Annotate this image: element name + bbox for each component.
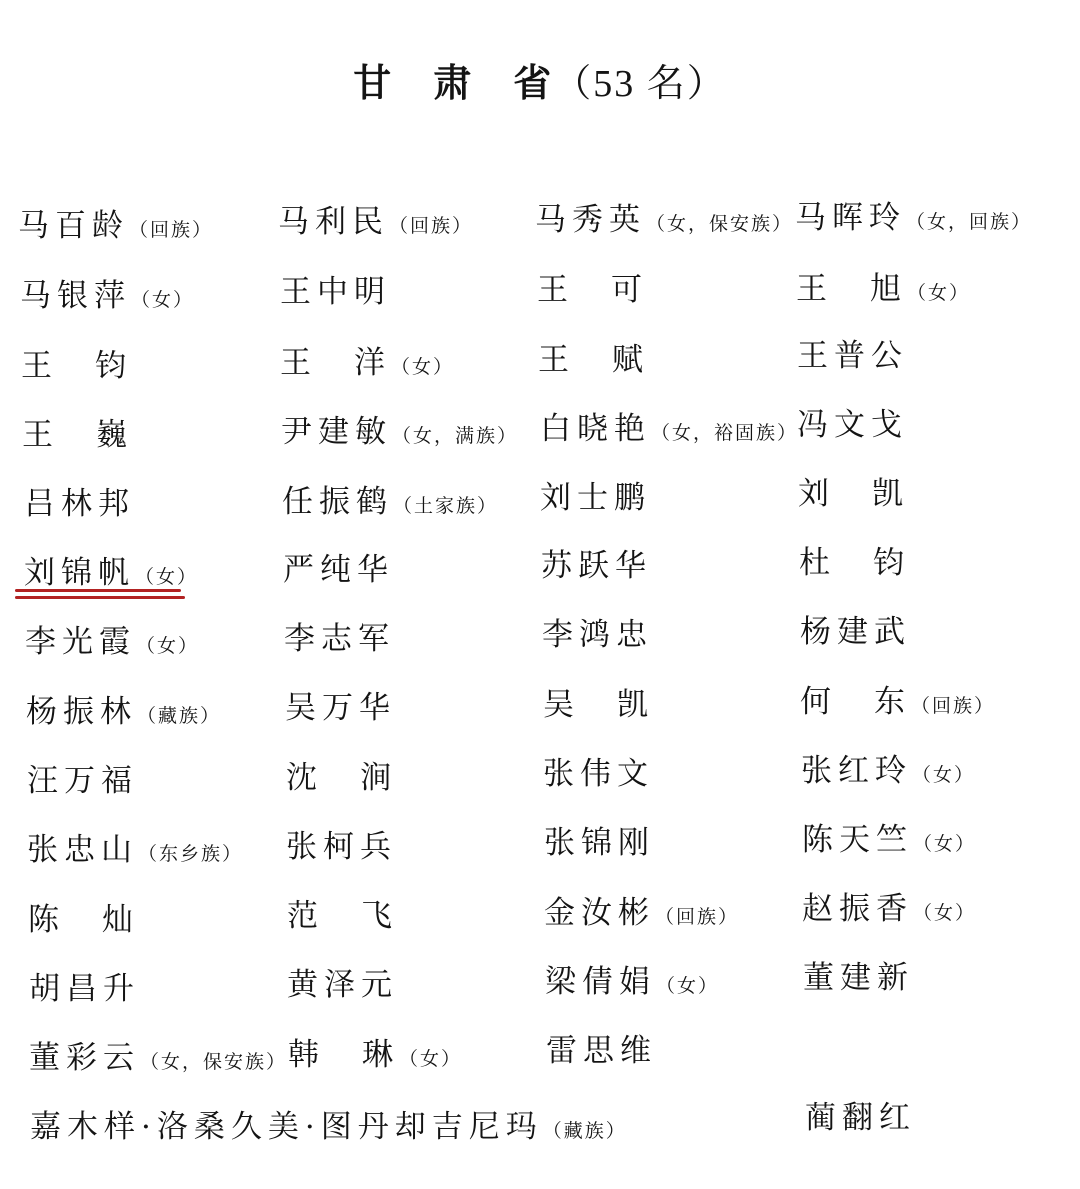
list-item: 马秀英（女，保安族） <box>535 200 793 244</box>
list-item: 王普公 <box>797 336 908 380</box>
list-item: 马利民（回族） <box>278 202 473 246</box>
person-note: （女） <box>135 566 198 588</box>
person-name: 陈天竺 <box>802 822 913 858</box>
person-name: 梁倩娟 <box>545 964 656 1000</box>
person-name: 张伟文 <box>543 756 654 792</box>
list-item: 马银萍（女） <box>20 276 194 320</box>
person-name: 杨建武 <box>800 614 911 650</box>
person-name: 吴 凯 <box>543 687 654 723</box>
list-item: 赵振香（女） <box>802 889 976 933</box>
list-item: 胡昌升 <box>29 969 140 1013</box>
person-name: 沈 涧 <box>286 760 397 796</box>
person-name: 何 东 <box>800 684 911 720</box>
person-name: 张忠山 <box>27 832 138 868</box>
person-note: （回族） <box>389 215 473 237</box>
person-name: 马银萍 <box>20 278 131 314</box>
list-item: 刘士鹏 <box>540 478 651 522</box>
person-name: 王 可 <box>537 272 648 308</box>
person-name: 吕林邦 <box>24 486 135 522</box>
person-name: 王 洋 <box>280 345 391 381</box>
page-title: 甘 肃 省（53 名） <box>0 52 1080 107</box>
list-item: 王 可 <box>537 270 648 314</box>
person-name: 陈 灿 <box>28 902 139 938</box>
red-double-underline <box>15 589 185 601</box>
person-name: 雷思维 <box>546 1033 657 1069</box>
person-name: 王中明 <box>280 274 391 310</box>
person-name: 冯文戈 <box>797 407 908 443</box>
person-name: 王 巍 <box>22 417 133 453</box>
person-name: 马秀英 <box>535 202 646 238</box>
title-count: （53 名） <box>553 63 727 105</box>
list-item: 张柯兵 <box>286 827 397 871</box>
list-item: 梁倩娟（女） <box>545 962 719 1006</box>
list-item: 杨振林（藏族） <box>26 692 221 736</box>
person-name: 王 旭 <box>796 271 907 307</box>
list-item: 雷思维 <box>546 1031 657 1075</box>
person-note: （女，回族） <box>906 211 1032 233</box>
list-item: 王 洋（女） <box>280 343 454 387</box>
list-item: 陈 灿 <box>28 900 139 944</box>
person-note: （女） <box>913 902 976 924</box>
list-item: 韩 琳（女） <box>288 1035 462 1079</box>
list-item: 范 飞 <box>287 896 398 940</box>
list-item: 冯文戈 <box>797 405 908 449</box>
person-note: （女） <box>391 356 454 378</box>
list-item: 李志军 <box>284 619 395 663</box>
person-name: 严纯华 <box>283 552 394 588</box>
person-name: 白晓艳 <box>540 411 651 447</box>
person-note: （女，保安族） <box>646 213 793 235</box>
list-item: 马百龄（回族） <box>18 206 213 250</box>
person-name: 苏跃华 <box>541 548 652 584</box>
person-name: 黄泽元 <box>287 967 398 1003</box>
person-note: （土家族） <box>393 495 498 517</box>
list-item: 王中明 <box>280 272 391 316</box>
list-item: 董建新 <box>803 958 914 1002</box>
person-note: （女） <box>912 764 975 786</box>
person-name: 范 飞 <box>287 898 398 934</box>
person-name: 刘士鹏 <box>540 480 651 516</box>
person-name: 尹建敏 <box>281 414 392 450</box>
person-note: （藏族） <box>543 1120 627 1142</box>
person-name: 任振鹤 <box>282 484 393 520</box>
person-name: 韩 琳 <box>288 1037 399 1073</box>
person-name: 王 赋 <box>538 342 649 378</box>
list-item: 嘉木样·洛桑久美·图丹却吉尼玛（藏族） <box>30 1107 627 1151</box>
person-name: 胡昌升 <box>29 971 140 1007</box>
list-item: 吕林邦 <box>24 484 135 528</box>
person-note: （女） <box>399 1048 462 1070</box>
person-note: （回族） <box>129 219 213 241</box>
person-name: 李光霞 <box>25 624 136 660</box>
list-item: 李光霞（女） <box>25 622 199 666</box>
person-name: 杜 钧 <box>799 545 910 581</box>
person-note: （女） <box>136 635 199 657</box>
underline-stroke-1 <box>15 589 181 592</box>
list-item: 金汝彬（回族） <box>544 893 739 937</box>
person-name: 刘锦帆 <box>24 555 135 591</box>
list-item: 张红玲（女） <box>801 751 975 795</box>
list-item: 张锦刚 <box>544 823 655 867</box>
title-province: 甘 肃 省 <box>353 60 553 105</box>
list-item: 蔺翻红 <box>805 1098 916 1142</box>
person-name: 董彩云 <box>29 1040 140 1076</box>
person-note: （女，满族） <box>392 425 518 447</box>
list-item: 张伟文 <box>543 754 654 798</box>
person-name: 金汝彬 <box>544 895 655 931</box>
list-item: 陈天竺（女） <box>802 820 976 864</box>
list-item: 汪万福 <box>27 761 138 805</box>
person-name: 杨振林 <box>26 694 137 730</box>
list-item: 杜 钧 <box>799 543 910 587</box>
list-item: 王 巍 <box>22 415 133 459</box>
list-item: 白晓艳（女，裕固族） <box>540 409 798 453</box>
list-item: 王 钧 <box>21 346 132 390</box>
person-name: 赵振香 <box>802 891 913 927</box>
person-note: （回族） <box>911 695 995 717</box>
person-note: （女，裕固族） <box>651 422 798 444</box>
person-name: 马百龄 <box>18 208 129 244</box>
person-name: 董建新 <box>803 960 914 996</box>
list-item: 张忠山（东乡族） <box>27 830 243 874</box>
list-item: 李鸿忠 <box>542 615 653 659</box>
person-name: 王 钧 <box>21 348 132 384</box>
person-name: 刘 凯 <box>798 476 909 512</box>
list-item: 王 赋 <box>538 340 649 384</box>
person-name: 张红玲 <box>801 753 912 789</box>
person-note: （东乡族） <box>138 843 243 865</box>
list-item: 任振鹤（土家族） <box>282 482 498 526</box>
person-name: 李鸿忠 <box>542 617 653 653</box>
person-note: （藏族） <box>137 705 221 727</box>
list-item: 吴万华 <box>285 688 396 732</box>
list-item: 沈 涧 <box>286 758 397 802</box>
person-name: 马利民 <box>278 204 389 240</box>
list-item: 严纯华 <box>283 550 394 594</box>
person-name: 李志军 <box>284 621 395 657</box>
person-name: 王普公 <box>797 338 908 374</box>
person-note: （女，保安族） <box>140 1051 287 1073</box>
person-name: 嘉木样·洛桑久美·图丹却吉尼玛 <box>30 1109 543 1145</box>
list-item: 尹建敏（女，满族） <box>281 412 518 456</box>
list-item: 刘 凯 <box>798 474 909 518</box>
list-item: 王 旭（女） <box>796 269 970 313</box>
person-note: （女） <box>907 282 970 304</box>
person-note: （女） <box>131 289 194 311</box>
list-item: 苏跃华 <box>541 546 652 590</box>
person-name: 张锦刚 <box>544 825 655 861</box>
list-item: 马晖玲（女，回族） <box>795 198 1032 242</box>
list-item: 何 东（回族） <box>800 682 995 726</box>
person-name: 汪万福 <box>27 763 138 799</box>
list-item: 吴 凯 <box>543 685 654 729</box>
person-note: （女） <box>656 975 719 997</box>
person-name: 马晖玲 <box>795 200 906 236</box>
person-name: 张柯兵 <box>286 829 397 865</box>
person-name: 蔺翻红 <box>805 1100 916 1136</box>
person-note: （回族） <box>655 906 739 928</box>
person-note: （女） <box>913 833 976 855</box>
list-item: 杨建武 <box>800 612 911 656</box>
list-item: 董彩云（女，保安族） <box>29 1038 287 1082</box>
list-item: 黄泽元 <box>287 965 398 1009</box>
person-name: 吴万华 <box>285 690 396 726</box>
underline-stroke-2 <box>15 596 185 599</box>
